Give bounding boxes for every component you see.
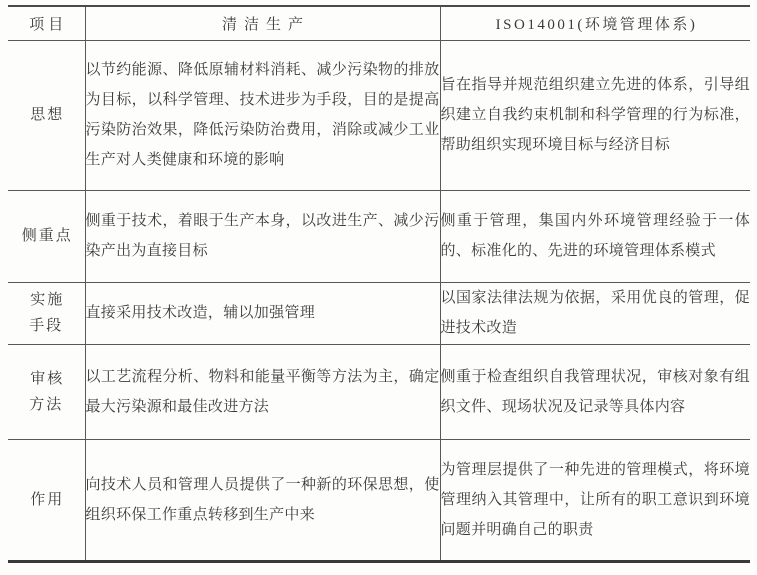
cell-focus-clean-production: 侧重于技术，着眼于生产本身，以改进生产、减少污染产出为直接目标	[85, 190, 440, 282]
column-header-item: 项目	[8, 6, 85, 40]
document-page: 项目 清洁生产 ISO14001(环境管理体系) 思想 以节约能源、降低原辅材料…	[0, 0, 757, 575]
cell-focus-iso14001: 侧重于管理，集国内外环境管理经验于一体的、标准化的、先进的环境管理体系模式	[440, 190, 750, 282]
row-label-audit-method: 审核 方法	[8, 344, 85, 439]
cell-implementation-iso14001: 以国家法律法规为依据，采用优良的管理，促进技术改造	[440, 282, 750, 344]
row-label-implementation-means: 实施 手段	[8, 282, 85, 344]
table-row-role: 作用 向技术人员和管理人员提供了一种新的环保思想，使组织环保工作重点转移到生产中…	[8, 439, 750, 561]
comparison-table: 项目 清洁生产 ISO14001(环境管理体系) 思想 以节约能源、降低原辅材料…	[8, 5, 750, 563]
cell-implementation-clean-production: 直接采用技术改造，辅以加强管理	[85, 282, 440, 344]
row-label-role: 作用	[8, 439, 85, 561]
cell-role-iso14001: 为管理层提供了一种先进的管理模式，将环境管理纳入其管理中，让所有的职工意识到环境…	[440, 439, 750, 561]
row-label-focus: 侧重点	[8, 190, 85, 282]
table-row-audit-method: 审核 方法 以工艺流程分析、物料和能量平衡等方法为主，确定最大污染源和最佳改进方…	[8, 344, 750, 439]
column-header-iso14001: ISO14001(环境管理体系)	[440, 6, 750, 40]
cell-role-clean-production: 向技术人员和管理人员提供了一种新的环保思想，使组织环保工作重点转移到生产中来	[85, 439, 440, 561]
cell-audit-iso14001: 侧重于检查组织自我管理状况，审核对象有组织文件、现场状况及记录等具体内容	[440, 344, 750, 439]
table-row-implementation-means: 实施 手段 直接采用技术改造，辅以加强管理 以国家法律法规为依据，采用优良的管理…	[8, 282, 750, 344]
table-row-focus: 侧重点 侧重于技术，着眼于生产本身，以改进生产、减少污染产出为直接目标 侧重于管…	[8, 190, 750, 282]
cell-audit-clean-production: 以工艺流程分析、物料和能量平衡等方法为主，确定最大污染源和最佳改进方法	[85, 344, 440, 439]
cell-thought-iso14001: 旨在指导并规范组织建立先进的体系，引导组织建立自我约束机制和科学管理的行为标准，…	[440, 40, 750, 190]
column-header-clean-production: 清洁生产	[85, 6, 440, 40]
table-row-thought: 思想 以节约能源、降低原辅材料消耗、减少污染物的排放为目标，以科学管理、技术进步…	[8, 40, 750, 190]
table-header-row: 项目 清洁生产 ISO14001(环境管理体系)	[8, 6, 750, 40]
cell-thought-clean-production: 以节约能源、降低原辅材料消耗、减少污染物的排放为目标，以科学管理、技术进步为手段…	[85, 40, 440, 190]
row-label-thought: 思想	[8, 40, 85, 190]
